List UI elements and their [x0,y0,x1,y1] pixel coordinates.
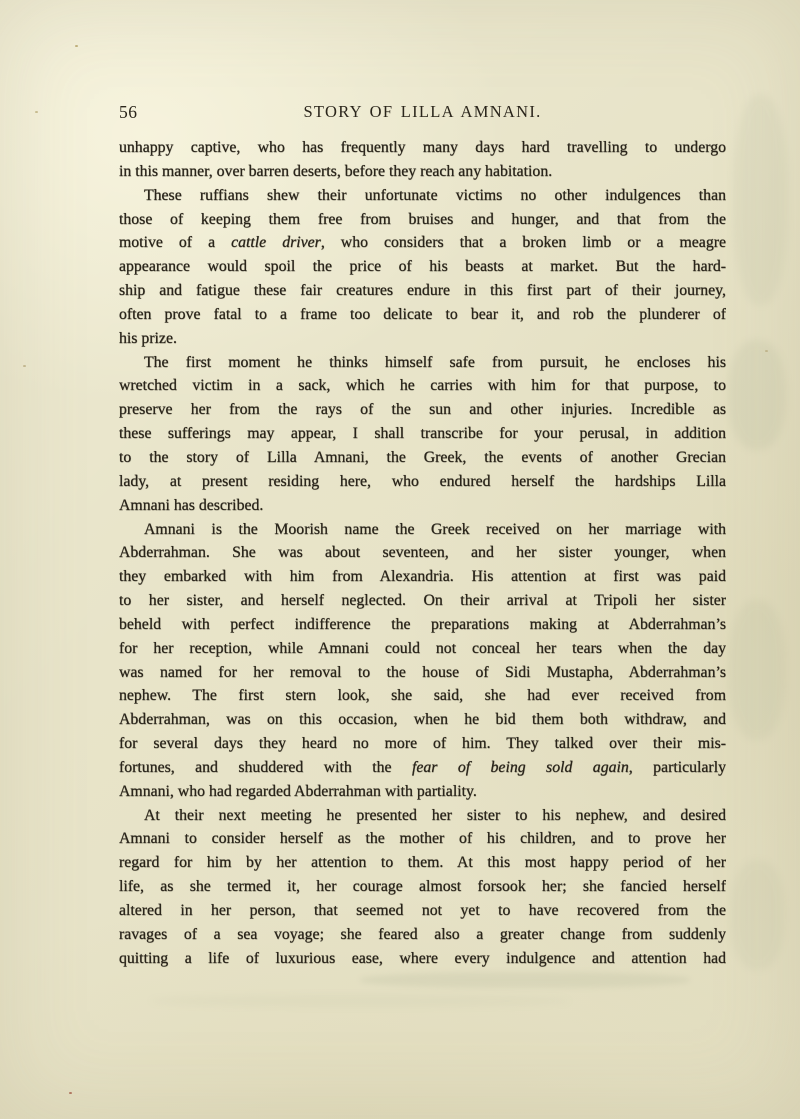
text-line: Abderrahman, was on this occasion, when … [119,708,726,732]
text-line: lady, at present residing here, who endu… [119,470,726,494]
show-through-smudge [728,340,786,450]
text-line: beheld with perfect indifference the pre… [119,613,726,637]
text-line: ship and fatigue these fair creatures en… [119,279,726,303]
page-text: unhappy captive, who has frequently many… [119,136,726,971]
text-line: Amnani to consider herself as the mother… [119,827,726,851]
text-line: unhappy captive, who has frequently many… [119,136,726,160]
text-line: wretched victim in a sack, which he carr… [119,374,726,398]
text-line: to the story of Lilla Amnani, the Greek,… [119,446,726,470]
text-line: was named for her removal to the house o… [119,661,726,685]
show-through-smudge [733,95,788,305]
book-page: 56 STORY OF LILLA AMNANI. unhappy captiv… [0,0,800,1119]
text-line: regard for him by her attention to them.… [119,851,726,875]
show-through-smudge [150,995,570,1007]
text-line: Amnani, who had regarded Abderrahman wit… [119,780,726,804]
text-line: preserve her from the rays of the sun an… [119,398,726,422]
text-line: altered in her person, that seemed not y… [119,899,726,923]
text-line: in this manner, over barren deserts, bef… [119,160,726,184]
text-line: At their next meeting he presented her s… [119,804,726,828]
text-line: for several days they heard no more of h… [119,732,726,756]
text-line: appearance would spoil the price of his … [119,255,726,279]
text-line: they embarked with him from Alexandria. … [119,565,726,589]
text-line: his prize. [119,327,726,351]
text-line: life, as she termed it, her courage almo… [119,875,726,899]
text-line: The first moment he thinks himself safe … [119,351,726,375]
text-line: fortunes, and shuddered with the fear of… [119,756,726,780]
foxing-specks [75,45,78,47]
text-line: for her reception, while Amnani could no… [119,637,726,661]
page-number: 56 [119,102,138,123]
running-header: STORY OF LILLA AMNANI. [119,102,726,122]
show-through-smudge [728,600,786,740]
text-line: quitting a life of luxurious ease, where… [119,947,726,971]
text-line: Amnani is the Moorish name the Greek rec… [119,518,726,542]
text-line: Abderrahman. She was about seventeen, an… [119,541,726,565]
text-line: motive of a cattle driver, who considers… [119,231,726,255]
text-line: ravages of a sea voyage; she feared also… [119,923,726,947]
text-line: nephew. The first stern look, she said, … [119,684,726,708]
text-line: to her sister, and herself neglected. On… [119,589,726,613]
show-through-smudge [360,972,690,988]
text-line: These ruffians shew their unfortunate vi… [119,184,726,208]
page-header: 56 STORY OF LILLA AMNANI. [119,102,726,124]
show-through-smudge [730,860,785,970]
text-line: these sufferings may appear, I shall tra… [119,422,726,446]
text-line: often prove fatal to a frame too delicat… [119,303,726,327]
text-line: Amnani has described. [119,494,726,518]
text-line: those of keeping them free from bruises … [119,208,726,232]
